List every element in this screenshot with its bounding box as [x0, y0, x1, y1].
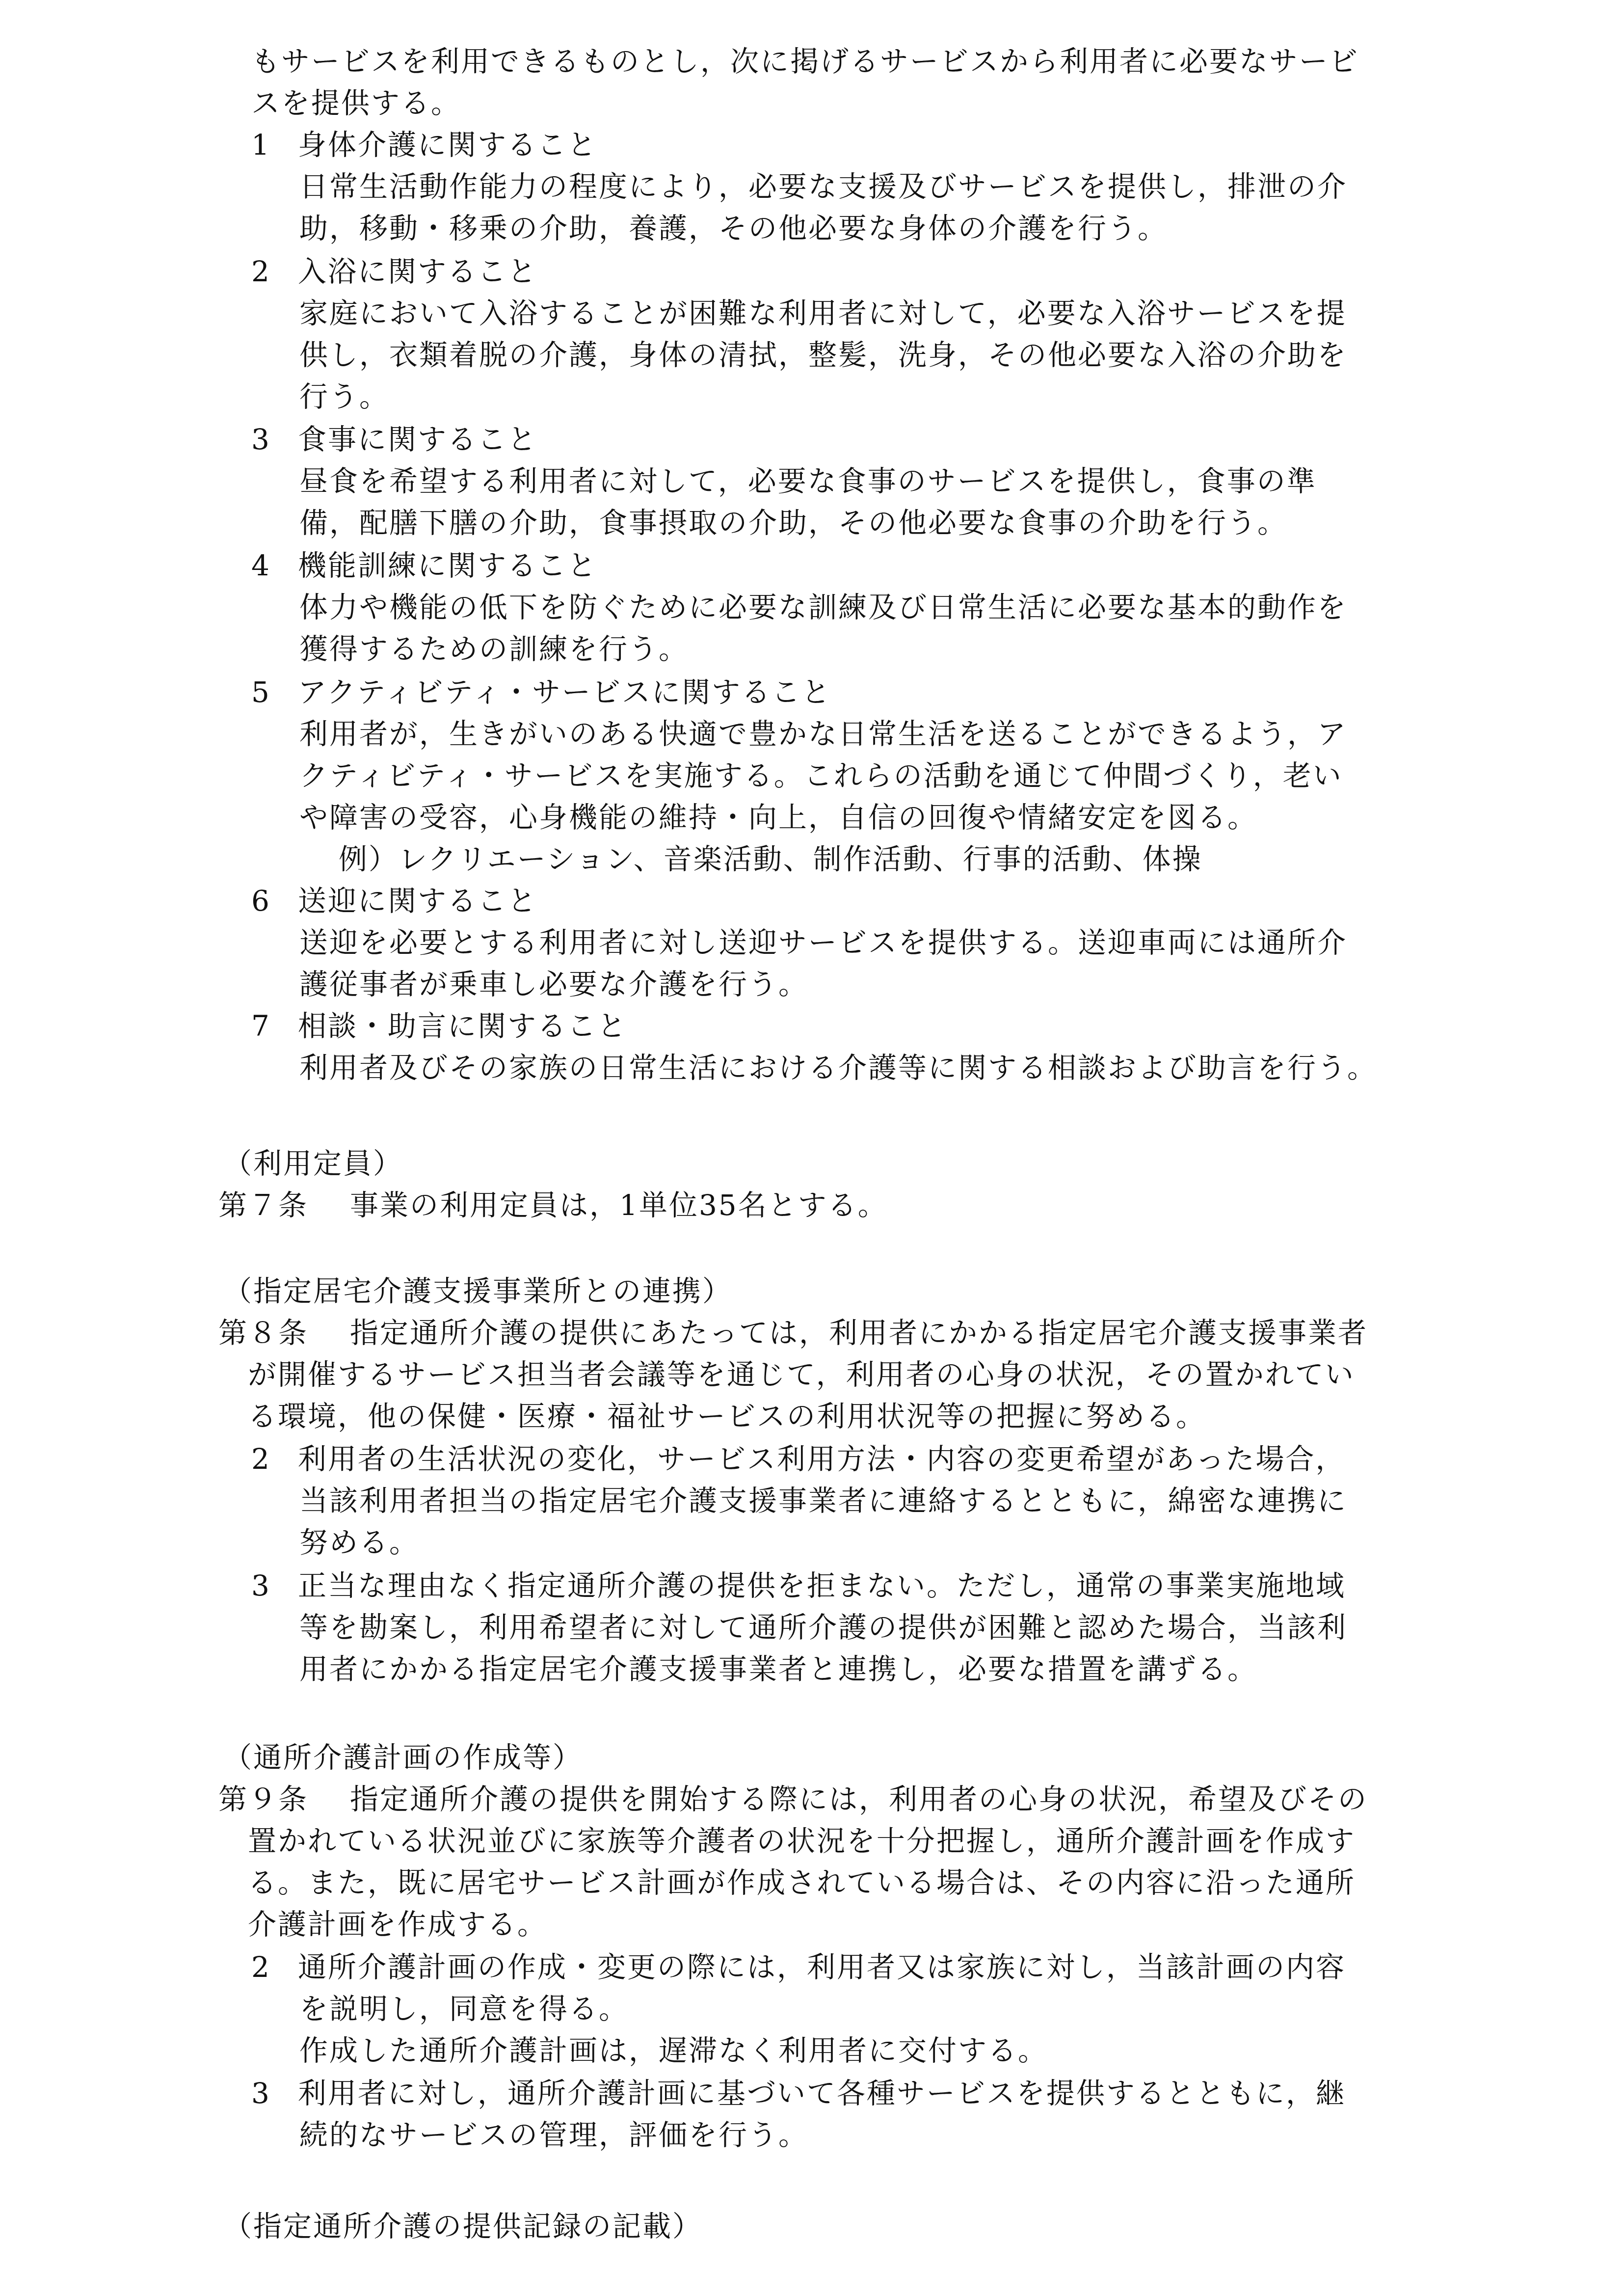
numbered-item: 5アクティビティ・サービスに関すること	[251, 673, 831, 712]
item-number: 3	[251, 2074, 298, 2113]
article-text: 事業の利用定員は，1単位35名とする。	[350, 1189, 888, 1222]
item-body-text: 用者にかかる指定居宅介護支援事業者と連携し，必要な措置を講ずる。	[299, 1649, 1257, 1689]
item-number: 1	[251, 125, 298, 164]
article-number: 第９条	[218, 1780, 308, 1819]
item-text: 食事に関すること	[298, 423, 537, 456]
item-text: 正当な理由なく指定通所介護の提供を拒まない。ただし，通常の事業実施地域	[298, 1569, 1346, 1602]
item-body-text: クティビティ・サービスを実施する。これらの活動を通じて仲間づくり，老い	[299, 756, 1343, 795]
item-number: 5	[251, 673, 298, 712]
item-body-text: 作成した通所介護計画は，遅滞なく利用者に交付する。	[299, 2031, 1048, 2070]
item-number: 6	[251, 881, 298, 920]
example-text: 例）レクリエーション、音楽活動、制作活動、行事的活動、体操	[339, 839, 1202, 879]
numbered-item: 2利用者の生活状況の変化，サービス利用方法・内容の変更希望があった場合，	[251, 1439, 1345, 1479]
item-number: 2	[251, 252, 298, 291]
article-number: 第８条	[218, 1313, 308, 1352]
section-heading: （利用定員）	[223, 1144, 403, 1183]
section-heading: （指定居宅介護支援事業所との連携）	[223, 1271, 732, 1311]
numbered-item: 6送迎に関すること	[251, 881, 537, 920]
item-body-text: 護従事者が乗車し必要な介護を行う。	[299, 965, 808, 1004]
continuation-text: 介護計画を作成する。	[248, 1905, 547, 1944]
item-text: 相談・助言に関すること	[298, 1009, 627, 1043]
item-text: 利用者の生活状況の変化，サービス利用方法・内容の変更希望があった場合，	[298, 1442, 1345, 1476]
section-heading: （通所介護計画の作成等）	[223, 1738, 583, 1777]
numbered-item: 2入浴に関すること	[251, 252, 537, 291]
article-text: 指定通所介護の提供にあたっては，利用者にかかる指定居宅介護支援事業者	[350, 1316, 1368, 1350]
item-body-text: 備，配膳下膳の介助，食事摂取の介助，その他必要な食事の介助を行う。	[299, 503, 1287, 542]
item-text: 入浴に関すること	[298, 255, 537, 288]
article-line: 第９条指定通所介護の提供を開始する際には，利用者の心身の状況，希望及びその	[218, 1780, 1368, 1819]
article-text: 指定通所介護の提供を開始する際には，利用者の心身の状況，希望及びその	[350, 1783, 1368, 1816]
section-heading: （指定通所介護の提供記録の記載）	[223, 2207, 702, 2246]
continuation-text: る。また，既に居宅サービス計画が作成されている場合は、その内容に沿った通所	[248, 1863, 1356, 1902]
item-text: 利用者に対し，通所介護計画に基づいて各種サービスを提供するとともに，継	[298, 2077, 1346, 2110]
item-body-text: 利用者及びその家族の日常生活における介護等に関する相談および助言を行う。	[299, 1048, 1377, 1087]
item-text: 通所介護計画の作成・変更の際には，利用者又は家族に対し，当該計画の内容	[298, 1950, 1346, 1984]
item-body-text: を説明し，同意を得る。	[299, 1989, 629, 2028]
item-body-text: 獲得するための訓練を行う。	[299, 629, 689, 669]
item-body-text: 日常生活動作能力の程度により，必要な支援及びサービスを提供し，排泄の介	[299, 167, 1347, 206]
item-number: 3	[251, 1566, 298, 1605]
item-text: アクティビティ・サービスに関すること	[298, 675, 831, 709]
item-body-text: 続的なサービスの管理，評価を行う。	[299, 2115, 808, 2155]
item-body-text: や障害の受容，心身機能の維持・向上，自信の回復や情緒安定を図る。	[299, 798, 1257, 837]
article-line: 第８条指定通所介護の提供にあたっては，利用者にかかる指定居宅介護支援事業者	[218, 1313, 1368, 1352]
item-body-text: 供し，衣類着脱の介護，身体の清拭，整髪，洗身，その他必要な入浴の介助を	[299, 335, 1347, 375]
document-page: もサービスを利用できるものとし，次に掲げるサービスから利用者に必要なサービスを提…	[0, 0, 1623, 2296]
continuation-text: る環境，他の保健・医療・福祉サービスの利用状況等の把握に努める。	[248, 1397, 1206, 1436]
item-text: 機能訓練に関すること	[298, 549, 597, 582]
numbered-item: 1身体介護に関すること	[251, 125, 597, 164]
item-number: 7	[251, 1006, 298, 1046]
numbered-item: 2通所介護計画の作成・変更の際には，利用者又は家族に対し，当該計画の内容	[251, 1947, 1346, 1987]
numbered-item: 3食事に関すること	[251, 420, 537, 459]
item-number: 2	[251, 1947, 298, 1987]
continuation-text: 置かれている状況並びに家族等介護者の状況を十分把握し，通所介護計画を作成す	[248, 1821, 1356, 1861]
article-line: 第７条事業の利用定員は，1単位35名とする。	[218, 1186, 888, 1225]
numbered-item: 7相談・助言に関すること	[251, 1006, 627, 1046]
item-body-text: 家庭において入浴することが困難な利用者に対して，必要な入浴サービスを提	[299, 294, 1347, 333]
item-body-text: 行う。	[299, 377, 389, 416]
continuation-text: もサービスを利用できるものとし，次に掲げるサービスから利用者に必要なサービ	[251, 42, 1359, 81]
numbered-item: 3利用者に対し，通所介護計画に基づいて各種サービスを提供するとともに，継	[251, 2074, 1346, 2113]
item-text: 送迎に関すること	[298, 884, 537, 918]
continuation-text: が開催するサービス担当者会議等を通じて，利用者の心身の状況，その置かれてい	[248, 1355, 1355, 1394]
numbered-item: 3正当な理由なく指定通所介護の提供を拒まない。ただし，通常の事業実施地域	[251, 1566, 1346, 1605]
item-number: 2	[251, 1439, 298, 1479]
item-body-text: 助，移動・移乗の介助，養護，その他必要な身体の介護を行う。	[299, 209, 1168, 248]
item-body-text: 等を勘案し，利用希望者に対して通所介護の提供が困難と認めた場合，当該利	[299, 1608, 1347, 1647]
item-number: 3	[251, 420, 298, 459]
item-body-text: 利用者が，生きがいのある快適で豊かな日常生活を送ることができるよう，ア	[299, 714, 1347, 754]
article-number: 第７条	[218, 1186, 308, 1225]
continuation-text: スを提供する。	[251, 83, 461, 123]
numbered-item: 4機能訓練に関すること	[251, 546, 597, 585]
item-body-text: 努める。	[299, 1523, 419, 1562]
item-body-text: 当該利用者担当の指定居宅介護支援事業者に連絡するとともに，綿密な連携に	[299, 1481, 1347, 1520]
item-number: 4	[251, 546, 298, 585]
item-body-text: 送迎を必要とする利用者に対し送迎サービスを提供する。送迎車両には通所介	[299, 923, 1347, 962]
item-text: 身体介護に関すること	[298, 128, 597, 162]
item-body-text: 昼食を希望する利用者に対して，必要な食事のサービスを提供し，食事の準	[299, 461, 1317, 501]
item-body-text: 体力や機能の低下を防ぐために必要な訓練及び日常生活に必要な基本的動作を	[299, 588, 1347, 627]
